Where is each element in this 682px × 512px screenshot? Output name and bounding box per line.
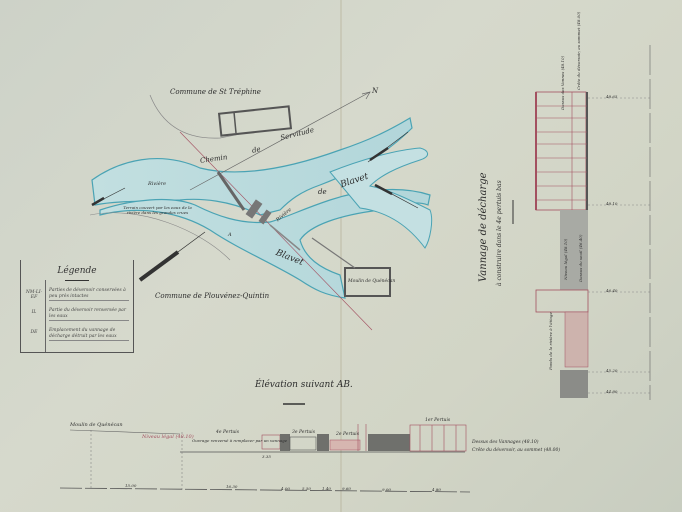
elevation-span-3: 4.00 xyxy=(281,486,290,491)
vannage-label-fonds: Fonds de la rivière à l'étiage xyxy=(548,312,553,370)
mill-channel-wall xyxy=(312,238,355,268)
flood-annotation: Terrain couvert par les eaux de la riviè… xyxy=(120,205,195,215)
legend-desc-1: Parties de déversoir conservées à peu pr… xyxy=(49,288,129,301)
vannage-elev-5: 44.80 xyxy=(606,389,617,394)
elevation-niveau-legal: Niveau légal (48.10) xyxy=(142,434,194,440)
vannage-title: Vannage de décharge xyxy=(478,172,489,282)
commune-top-label: Commune de St Tréphine xyxy=(170,88,261,96)
building-outline xyxy=(219,106,291,135)
elevation-span-6: 9.60 xyxy=(342,486,351,491)
elevation-legend-right-1: Dessus des Vannages (48.10) xyxy=(472,440,539,445)
elevation-span-2: 16.30 xyxy=(226,484,237,489)
legend-key-2: IL xyxy=(23,310,45,315)
vannage-label-dessus: Dessus des Vannes (48.10) xyxy=(560,56,565,110)
legend-desc-2: Partie du déversoir renversée par les ea… xyxy=(49,308,129,321)
elevation-drawing xyxy=(60,404,470,492)
plan-sheet: Commune de St Tréphine Chemin de Servitu… xyxy=(0,0,682,512)
legend-desc-3: Emplacement du vannage de décharge détru… xyxy=(49,328,129,341)
vannage-label-niveau: Niveau légal (48.10) xyxy=(563,239,568,280)
elevation-pertuis-2: 2e Pertuis xyxy=(336,432,359,437)
commune-bottom-label: Commune de Plouvénez-Quintin xyxy=(155,292,269,300)
blavet-prefix-label: A xyxy=(228,232,232,238)
legend-key-3: DE xyxy=(23,330,45,335)
chemin-servitude-line xyxy=(150,95,240,138)
elevation-pertuis-3: 3e Pertuis xyxy=(292,430,315,435)
building-partition xyxy=(234,112,236,133)
legend-divider xyxy=(45,280,46,352)
riviere-de-label: de xyxy=(318,188,327,196)
vannage-label-crete: Crête du déversoir, au sommet (48.00) xyxy=(576,12,581,90)
elevation-span-5: 1.40 xyxy=(322,486,331,491)
elevation-legend-right-2: Crête du déversoir, au sommet (48.00) xyxy=(472,448,560,453)
vannage-subtitle: à construire dans le 4e pertuis bas xyxy=(496,180,503,286)
legend-title: Légende xyxy=(21,266,133,276)
legend-key-1: NM-LI-EF xyxy=(23,290,45,300)
elevation-span-4: 5.50 xyxy=(302,486,311,491)
elevation-span-1: 15.00 xyxy=(125,483,136,488)
elevation-sub-span: 3.35 xyxy=(262,454,271,459)
north-label: N xyxy=(372,87,378,95)
elevation-span-8: 4.80 xyxy=(432,487,441,492)
elevation-pertuis-4: 4e Pertuis xyxy=(216,430,239,435)
vannage-elev-4: 45.20 xyxy=(606,368,617,373)
elevation-title: Élévation suivant AB. xyxy=(255,380,353,390)
elevation-span-7: 9.00 xyxy=(382,487,391,492)
legend-underline xyxy=(65,280,89,281)
elevation-ouvrage-label: Ouvrage renversé à remplacer par un vann… xyxy=(192,438,287,443)
elevation-pertuis-1: 1er Pertuis xyxy=(425,418,450,423)
vannage-section xyxy=(513,45,650,400)
elevation-moulin-label: Moulin de Quénécan xyxy=(70,422,123,428)
vannage-elev-1: 48.65 xyxy=(606,94,617,99)
vannage-label-seuil: Dessus du seuil (46.40) xyxy=(578,235,583,282)
riviere-label-left: Rivière xyxy=(148,181,166,187)
vannage-elev-3: 46.40 xyxy=(606,288,617,293)
vannage-elev-2: 48.10 xyxy=(606,201,617,206)
legend-box: Légende NM-LI-EF Parties de déversoir co… xyxy=(20,260,134,353)
moulin-label: Moulin de Quénécan xyxy=(348,279,395,284)
